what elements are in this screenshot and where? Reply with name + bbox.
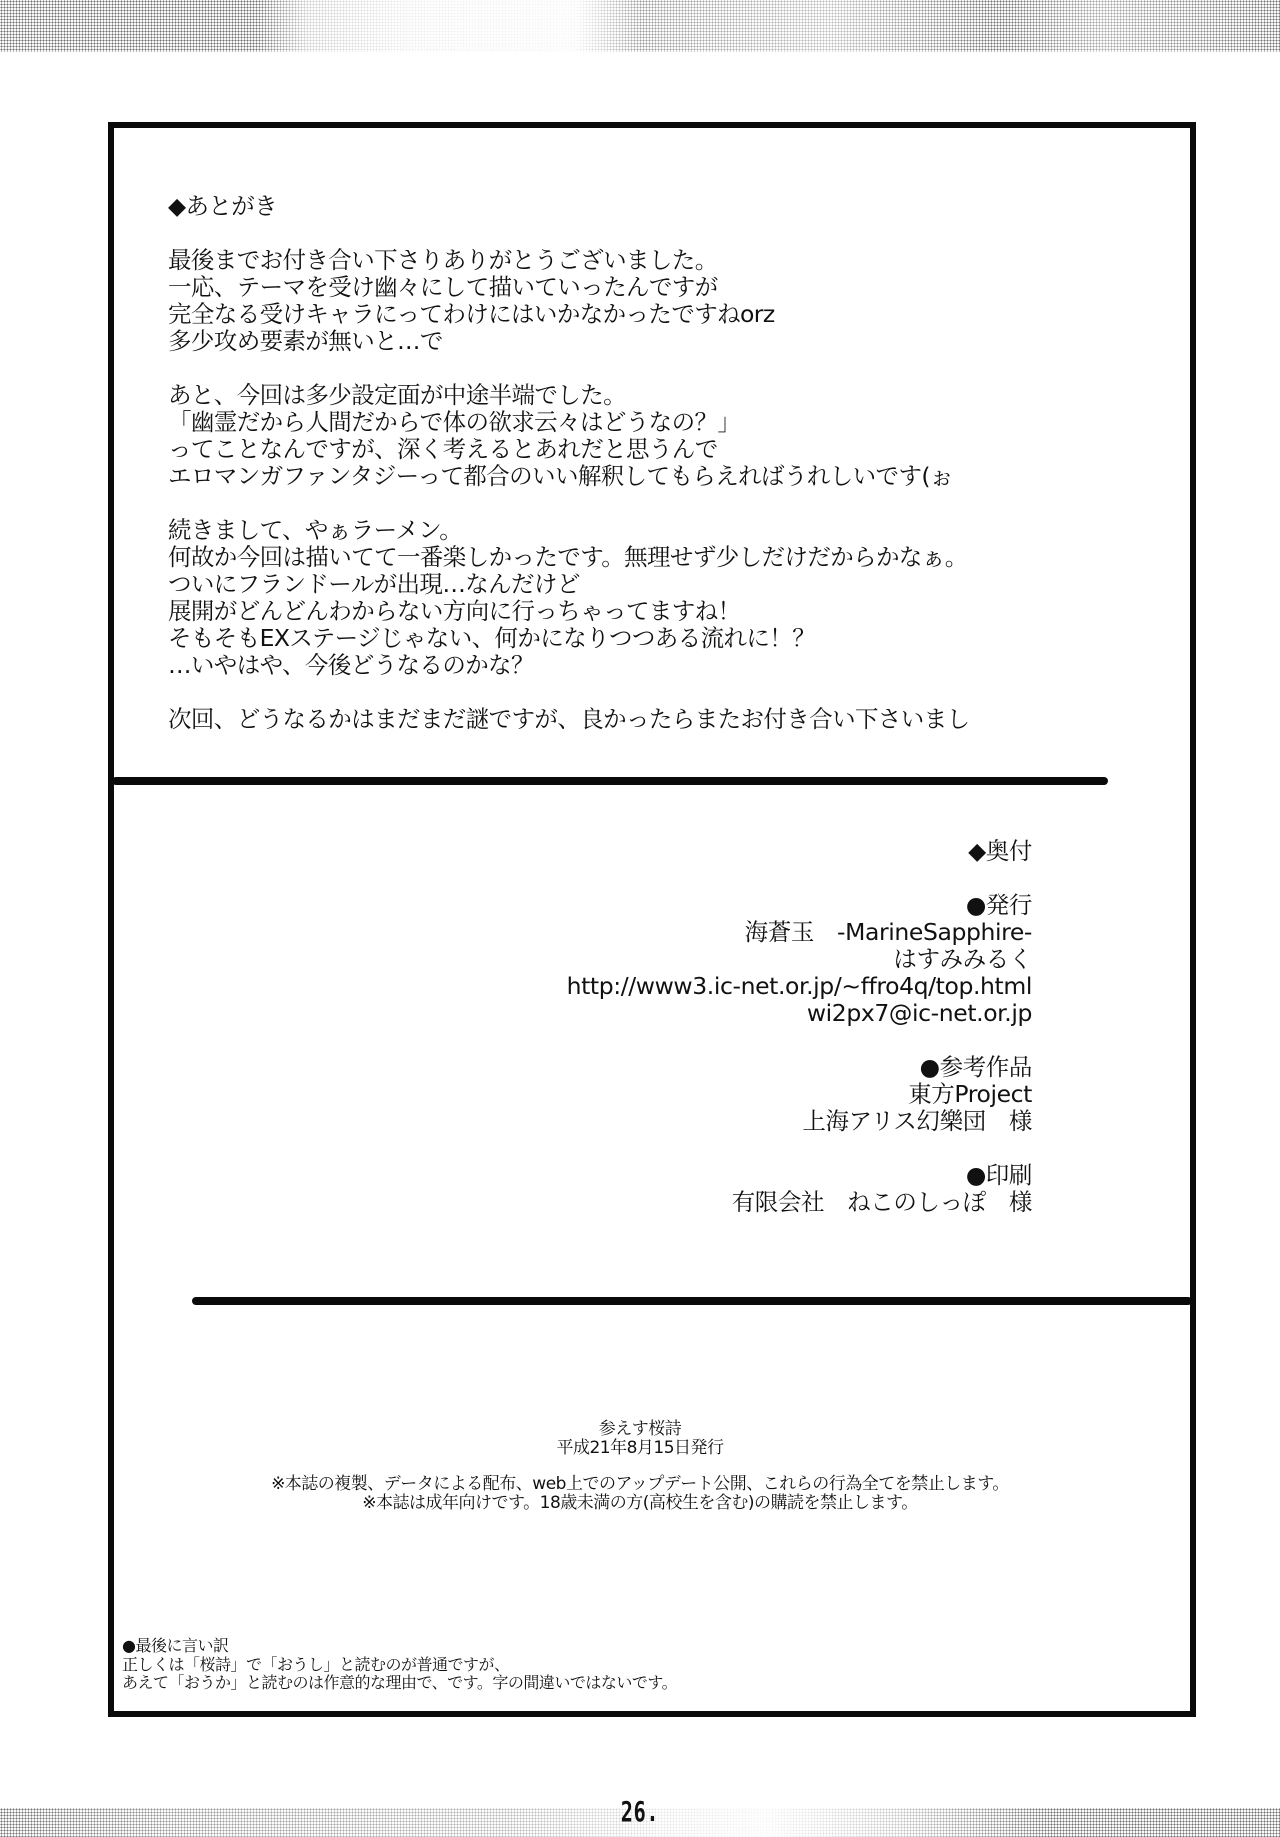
contact-email: wi2px7@ic-net.or.jp bbox=[567, 1000, 1032, 1027]
footnote-heading: ●最後に言い訳 bbox=[122, 1637, 677, 1656]
website-url: http://www3.ic-net.or.jp/~ffro4q/top.htm… bbox=[567, 973, 1032, 1000]
text-line: …いやはや、今後どうなるのかな？ bbox=[168, 652, 1098, 679]
text-line: 一応、テーマを受け幽々にして描いていったんですが bbox=[168, 274, 1098, 301]
author-name: はすみみるく bbox=[567, 946, 1032, 973]
publication-title-block: 参えす桜詩 平成21年8月15日発行 bbox=[0, 1420, 1280, 1458]
text-line: ってことなんですが、深く考えるとあれだと思うんで bbox=[168, 436, 1098, 463]
text-line: そもそもEXステージじゃない、何かになりつつある流れに！？ bbox=[168, 625, 1098, 652]
text-line: ついにフランドールが出現…なんだけど bbox=[168, 571, 1098, 598]
text-line: 「幽霊だから人間だからで体の欲求云々はどうなの？」 bbox=[168, 409, 1098, 436]
copyright-notice: ※本誌の複製、データによる配布、web上でのアップデート公開、これらの行為全てを… bbox=[0, 1475, 1280, 1494]
printing-group: ●印刷 有限会社 ねこのしっぽ 様 bbox=[567, 1162, 1032, 1216]
publication-info: 参えす桜詩 平成21年8月15日発行 ※本誌の複製、データによる配布、web上で… bbox=[0, 1420, 1280, 1513]
text-line: 展開がどんどんわからない方向に行っちゃってますね！ bbox=[168, 598, 1098, 625]
afterword-paragraph: 続きまして、やぁラーメン。 何故か今回は描いてて一番楽しかったです。無理せず少し… bbox=[168, 517, 1098, 679]
circle-name: 海蒼玉 -MarineSapphire- bbox=[567, 919, 1032, 946]
publication-title: 参えす桜詩 bbox=[0, 1420, 1280, 1439]
decorative-halftone-top bbox=[0, 0, 1280, 52]
text-line: 正しくは「桜詩」で「おうし」と読むのが普通ですが、 bbox=[122, 1656, 677, 1675]
text-line: 続きまして、やぁラーメン。 bbox=[168, 517, 1098, 544]
text-line: 多少攻め要素が無いと…で bbox=[168, 328, 1098, 355]
reference-creator: 上海アリス幻樂団 様 bbox=[567, 1108, 1032, 1135]
afterword-paragraph: あと、今回は多少設定面が中途半端でした。 「幽霊だから人間だからで体の欲求云々は… bbox=[168, 382, 1098, 490]
age-restriction-notice: ※本誌は成年向けです。18歳未満の方(高校生を含む)の購読を禁止します。 bbox=[0, 1494, 1280, 1513]
text-line: 最後までお付き合い下さりありがとうございました。 bbox=[168, 247, 1098, 274]
text-line: あと、今回は多少設定面が中途半端でした。 bbox=[168, 382, 1098, 409]
page-number: 26. bbox=[179, 1795, 1101, 1828]
afterword-paragraph: 最後までお付き合い下さりありがとうございました。 一応、テーマを受け幽々にして描… bbox=[168, 247, 1098, 355]
text-line: 何故か今回は描いてて一番楽しかったです。無理せず少しだけだからかなぁ。 bbox=[168, 544, 1098, 571]
reference-work: 東方Project bbox=[567, 1081, 1032, 1108]
afterword-section: ◆あとがき 最後までお付き合い下さりありがとうございました。 一応、テーマを受け… bbox=[168, 193, 1098, 760]
afterword-heading: ◆あとがき bbox=[168, 193, 1098, 220]
printing-label: ●印刷 bbox=[567, 1162, 1032, 1189]
publisher-group: ●発行 海蒼玉 -MarineSapphire- はすみみるく http://w… bbox=[567, 892, 1032, 1027]
text-line: 次回、どうなるかはまだまだ謎ですが、良かったらまたお付き合い下さいまし bbox=[168, 706, 1098, 733]
colophon-heading: ◆奥付 bbox=[567, 838, 1032, 865]
text-line: 完全なる受けキャラにってわけにはいかなかったですねorz bbox=[168, 301, 1098, 328]
footnote-section: ●最後に言い訳 正しくは「桜詩」で「おうし」と読むのが普通ですが、 あえて「おう… bbox=[122, 1637, 677, 1693]
afterword-paragraph: 次回、どうなるかはまだまだ謎ですが、良かったらまたお付き合い下さいまし bbox=[168, 706, 1098, 733]
publication-date: 平成21年8月15日発行 bbox=[0, 1439, 1280, 1458]
section-divider-afterword bbox=[112, 777, 1108, 785]
reference-group: ●参考作品 東方Project 上海アリス幻樂団 様 bbox=[567, 1054, 1032, 1135]
section-divider-colophon bbox=[192, 1297, 1192, 1305]
colophon-section: ◆奥付 ●発行 海蒼玉 -MarineSapphire- はすみみるく http… bbox=[567, 838, 1032, 1243]
printer-name: 有限会社 ねこのしっぽ 様 bbox=[567, 1189, 1032, 1216]
reference-label: ●参考作品 bbox=[567, 1054, 1032, 1081]
text-line: あえて「おうか」と読むのは作意的な理由で、です。字の間違いではないです。 bbox=[122, 1674, 677, 1693]
publisher-label: ●発行 bbox=[567, 892, 1032, 919]
text-line: エロマンガファンタジーって都合のいい解釈してもらえればうれしいです(ぉ bbox=[168, 463, 1098, 490]
